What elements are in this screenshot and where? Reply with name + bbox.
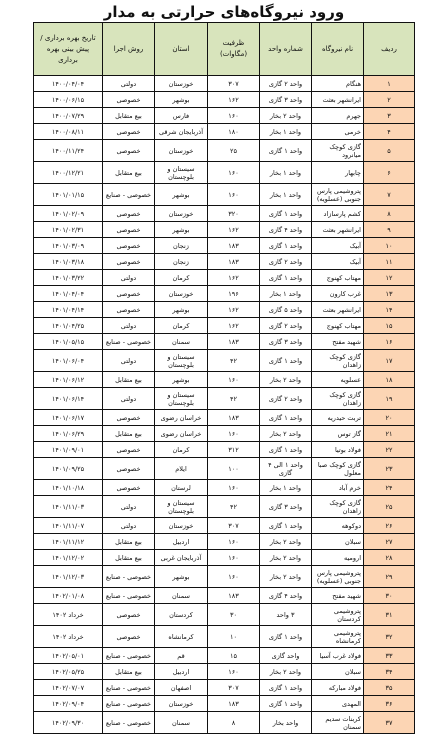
cell-unit-number: واحد ۱ گازی (260, 270, 312, 286)
cell-province: بوشهر (155, 372, 208, 388)
cell-method: خصوصی (103, 206, 155, 222)
cell-province: سیستان و بلوچستان (155, 350, 208, 372)
cell-capacity: ۱۶۰ (208, 550, 260, 566)
table-row: ۵گازی کوچک میانرودواحد ۱ گازی۲۵خوزستانخص… (34, 140, 415, 162)
cell-unit-number: واحد ۳ گازی (260, 92, 312, 108)
cell-province: زنجان (155, 254, 208, 270)
cell-province: بوشهر (155, 302, 208, 318)
cell-method: خصوصی (103, 626, 155, 648)
cell-row-number: ۲۱ (364, 426, 415, 442)
cell-method: بیع متقابل (103, 372, 155, 388)
header-unit-number: شماره واحد (260, 23, 312, 76)
cell-method: خصوصی - صنایع (103, 566, 155, 588)
cell-date: ۱۴۰۱/۱۲/۰۳ (34, 566, 103, 588)
cell-row-number: ۲۲ (364, 442, 415, 458)
cell-capacity: ۴۲ (208, 388, 260, 410)
table-row: ۱۵مهتاب کهنوجواحد ۲ گازی۱۶۲کرماندولتی۱۴۰… (34, 318, 415, 334)
cell-unit-number: واحد ۱ گازی (260, 680, 312, 696)
cell-plant-name: پتروشیمی پارس جنوبی (عسلویه) (312, 184, 364, 206)
cell-capacity: ۴۲ (208, 350, 260, 372)
cell-plant-name: پتروشیمی کردستان (312, 604, 364, 626)
cell-capacity: ۱۶۰ (208, 162, 260, 184)
cell-date: خرداد ۱۴۰۲ (34, 604, 103, 626)
cell-method: خصوصی (103, 254, 155, 270)
cell-plant-name: چابهار (312, 162, 364, 184)
table-row: ۳۲پتروشیمی کرمانشاهواحد ۱ گازی۱۰کرمانشاه… (34, 626, 415, 648)
table-row: ۱۴ایرانشهر بعثتواحد ۵ گازی۱۶۲بوشهرخصوصی۱… (34, 302, 415, 318)
cell-capacity: ۱۶۰ (208, 534, 260, 550)
cell-method: خصوصی (103, 410, 155, 426)
cell-province: خوزستان (155, 286, 208, 302)
cell-unit-number: واحد ۱ بخار (260, 124, 312, 140)
cell-unit-number: واحد ۳ گازی (260, 334, 312, 350)
cell-row-number: ۲۰ (364, 410, 415, 426)
cell-capacity: ۳۰۷ (208, 76, 260, 92)
cell-date: ۱۴۰۲/۰۹/۰۴ (34, 696, 103, 712)
cell-date: خرداد ۱۴۰۲ (34, 626, 103, 648)
cell-province: سمنان (155, 712, 208, 734)
table-row: ۲ایرانشهر بعثتواحد ۳ گازی۱۶۲بوشهرخصوصی۱۴… (34, 92, 415, 108)
cell-unit-number: واحد ۱ گازی (260, 238, 312, 254)
cell-date: ۱۴۰۱/۰۶/۱۲ (34, 372, 103, 388)
cell-capacity: ۱۸۳ (208, 696, 260, 712)
cell-province: فارس (155, 108, 208, 124)
cell-unit-number: واحد ۲ بخار (260, 566, 312, 588)
cell-row-number: ۳۴ (364, 664, 415, 680)
cell-plant-name: پتروشیمی پارس جنوبی (عسلویه) (312, 566, 364, 588)
cell-row-number: ۷ (364, 184, 415, 206)
cell-capacity: ۱۰۰ (208, 458, 260, 480)
cell-plant-name: کشم پارسا‌زاد (312, 206, 364, 222)
power-plants-table: ردیف نام نیروگاه شماره واحد ظرفیت (مگاوا… (33, 22, 415, 734)
cell-plant-name: خرم آباد (312, 480, 364, 496)
cell-unit-number: واحد ۴ گازی (260, 588, 312, 604)
cell-province: سیستان و بلوچستان (155, 162, 208, 184)
cell-capacity: ۳۰۷ (208, 680, 260, 696)
cell-province: سیستان و بلوچستان (155, 496, 208, 518)
cell-method: بیع متقابل (103, 550, 155, 566)
cell-date: ۱۴۰۱/۰۱/۱۵ (34, 184, 103, 206)
cell-unit-number: واحد ۲ بخار (260, 108, 312, 124)
table-row: ۲۱گاز توسواحد ۲ بخار۱۶۰خراسان رضویبیع مت… (34, 426, 415, 442)
cell-capacity: ۱۶۲ (208, 318, 260, 334)
cell-method: دولتی (103, 318, 155, 334)
cell-plant-name: خرمی (312, 124, 364, 140)
table-row: ۱۸عسلویهواحد ۲ بخار۱۶۰بوشهربیع متقابل۱۴۰… (34, 372, 415, 388)
cell-capacity: ۳۰۷ (208, 518, 260, 534)
table-row: ۲۴خرم آبادواحد ۱ بخار۱۶۰لرستانخصوصی۱۴۰۱/… (34, 480, 415, 496)
cell-date: ۱۴۰۰/۰۷/۲۹ (34, 108, 103, 124)
cell-unit-number: واحد ۲ گازی (260, 318, 312, 334)
cell-row-number: ۱ (364, 76, 415, 92)
table-row: ۲۶دوکوههواحد ۱ گازی۳۰۷خوزستاندولتی۱۴۰۱/۱… (34, 518, 415, 534)
cell-capacity: ۱۶۰ (208, 184, 260, 206)
cell-row-number: ۸ (364, 206, 415, 222)
cell-plant-name: عسلویه (312, 372, 364, 388)
cell-province: زنجان (155, 238, 208, 254)
cell-row-number: ۱۱ (364, 254, 415, 270)
cell-row-number: ۱۷ (364, 350, 415, 372)
cell-unit-number: واحد گازی (260, 648, 312, 664)
cell-plant-name: فولاد بوتیا (312, 442, 364, 458)
cell-capacity: ۴۲ (208, 496, 260, 518)
cell-province: آذربایجان غربی (155, 550, 208, 566)
cell-row-number: ۱۶ (364, 334, 415, 350)
cell-province: خوزستان (155, 518, 208, 534)
cell-row-number: ۲۵ (364, 496, 415, 518)
cell-date: ۱۴۰۰/۰۸/۱۱ (34, 124, 103, 140)
cell-date: ۱۴۰۲/۰۹/۳۰ (34, 712, 103, 734)
header-plant-name: نام نیروگاه (312, 23, 364, 76)
cell-date: ۱۴۰۱/۰۶/۱۷ (34, 410, 103, 426)
cell-plant-name: تربت حیدریه (312, 410, 364, 426)
table-row: ۲۸ارومیهواحد ۲ بخار۱۶۰آذربایجان غربیبیع … (34, 550, 415, 566)
cell-method: خصوصی (103, 302, 155, 318)
cell-plant-name: گازی کوچک میانرود (312, 140, 364, 162)
cell-row-number: ۳۵ (364, 680, 415, 696)
cell-unit-number: واحد ۲ بخار (260, 550, 312, 566)
table-row: ۳۰شهید مفتحواحد ۴ گازی۱۸۳سمنانخصوصی - صن… (34, 588, 415, 604)
table-row: ۱۶شهید مفتحواحد ۳ گازی۱۸۳سمنانخصوصی - صن… (34, 334, 415, 350)
cell-province: اردبیل (155, 534, 208, 550)
header-capacity: ظرفیت (مگاوات) (208, 23, 260, 76)
cell-capacity: ۱۶۰ (208, 480, 260, 496)
cell-date: ۱۴۰۱/۰۹/۰۱ (34, 442, 103, 458)
cell-plant-name: گازی کوچک زاهدان (312, 388, 364, 410)
cell-capacity: ۱۸۳ (208, 334, 260, 350)
table-row: ۳۱پتروشیمی کردستان۳ واحد۳۰کردستانخصوصیخر… (34, 604, 415, 626)
cell-province: سمنان (155, 588, 208, 604)
cell-unit-number: واحد ۲ بخار (260, 372, 312, 388)
cell-date: ۱۴۰۱/۱۰/۱۸ (34, 480, 103, 496)
cell-capacity: ۱۸۳ (208, 254, 260, 270)
cell-plant-name: شهید مفتح (312, 334, 364, 350)
cell-date: ۱۴۰۱/۱۱/۰۷ (34, 518, 103, 534)
cell-unit-number: واحد ۱ گازی (260, 518, 312, 534)
table-row: ۳۷کربنات سدیم سمنانواحد بخار۸سمنانخصوصی … (34, 712, 415, 734)
cell-unit-number: واحد ۱ گازی (260, 350, 312, 372)
cell-plant-name: پتروشیمی کرمانشاه (312, 626, 364, 648)
cell-plant-name: ارومیه (312, 550, 364, 566)
cell-method: خصوصی (103, 124, 155, 140)
cell-row-number: ۲۹ (364, 566, 415, 588)
cell-capacity: ۱۶۲ (208, 222, 260, 238)
cell-method: خصوصی (103, 286, 155, 302)
cell-province: سیستان و بلوچستان (155, 388, 208, 410)
cell-province: بوشهر (155, 222, 208, 238)
cell-plant-name: المهدی (312, 696, 364, 712)
cell-method: خصوصی (103, 604, 155, 626)
cell-province: خوزستان (155, 206, 208, 222)
header-province: استان (155, 23, 208, 76)
table-row: ۴خرمیواحد ۱ بخار۱۸۰آذربایجان شرقیخصوصی۱۴… (34, 124, 415, 140)
cell-unit-number: واحد ۲ بخار (260, 426, 312, 442)
cell-date: ۱۴۰۱/۰۳/۱۸ (34, 254, 103, 270)
cell-row-number: ۱۸ (364, 372, 415, 388)
cell-row-number: ۱۳ (364, 286, 415, 302)
cell-province: خوزستان (155, 76, 208, 92)
cell-province: سمنان (155, 334, 208, 350)
cell-unit-number: واحد ۱ بخار (260, 480, 312, 496)
table-row: ۱۷گازی کوچک زاهدانواحد ۱ گازی۴۲سیستان و … (34, 350, 415, 372)
cell-method: بیع متقابل (103, 108, 155, 124)
cell-date: ۱۴۰۱/۰۶/۰۴ (34, 350, 103, 372)
cell-method: خصوصی (103, 480, 155, 496)
cell-method: خصوصی - صنایع (103, 680, 155, 696)
cell-row-number: ۹ (364, 222, 415, 238)
cell-date: ۱۴۰۱/۰۶/۲۹ (34, 426, 103, 442)
cell-plant-name: کربنات سدیم سمنان (312, 712, 364, 734)
cell-unit-number: واحد ۱ بخار (260, 162, 312, 184)
cell-capacity: ۱۸۳ (208, 588, 260, 604)
cell-capacity: ۳۱۲ (208, 442, 260, 458)
cell-date: ۱۴۰۱/۱۱/۱۲ (34, 534, 103, 550)
cell-unit-number: واحد ۱ گازی (260, 626, 312, 648)
cell-date: ۱۴۰۲/۰۱/۰۸ (34, 588, 103, 604)
cell-plant-name: ایرانشهر بعثت (312, 92, 364, 108)
cell-row-number: ۲۳ (364, 458, 415, 480)
cell-method: خصوصی (103, 92, 155, 108)
cell-unit-number: واحد ۱ بخار (260, 184, 312, 206)
cell-province: خوزستان (155, 140, 208, 162)
cell-method: خصوصی - صنایع (103, 648, 155, 664)
cell-method: خصوصی (103, 238, 155, 254)
table-row: ۱۲مهتاب کهنوجواحد ۱ گازی۱۶۲کرماندولتی۱۴۰… (34, 270, 415, 286)
cell-date: ۱۴۰۰/۰۴/۰۴ (34, 76, 103, 92)
cell-date: ۱۴۰۱/۱۲/۰۲ (34, 550, 103, 566)
cell-province: بوشهر (155, 566, 208, 588)
cell-capacity: ۱۶۰ (208, 566, 260, 588)
cell-capacity: ۱۶۲ (208, 270, 260, 286)
cell-unit-number: واحد ۲ بخار (260, 664, 312, 680)
cell-date: ۱۴۰۱/۰۴/۱۴ (34, 302, 103, 318)
cell-plant-name: آبیک (312, 238, 364, 254)
cell-method: خصوصی - صنایع (103, 588, 155, 604)
cell-capacity: ۳۲۰ (208, 206, 260, 222)
cell-plant-name: مهتاب کهنوج (312, 318, 364, 334)
cell-province: خراسان رضوی (155, 426, 208, 442)
cell-row-number: ۲۴ (364, 480, 415, 496)
cell-capacity: ۱۶۲ (208, 92, 260, 108)
cell-method: دولتی (103, 270, 155, 286)
cell-row-number: ۲۸ (364, 550, 415, 566)
cell-plant-name: گاز توس (312, 426, 364, 442)
cell-row-number: ۲۷ (364, 534, 415, 550)
cell-province: بوشهر (155, 184, 208, 206)
cell-capacity: ۱۸۳ (208, 238, 260, 254)
cell-date: ۱۴۰۱/۰۴/۰۴ (34, 286, 103, 302)
cell-province: خوزستان (155, 696, 208, 712)
cell-capacity: ۳۰ (208, 604, 260, 626)
cell-unit-number: واحد ۴ گازی (260, 222, 312, 238)
cell-plant-name: فولاد غرب آسیا (312, 648, 364, 664)
cell-row-number: ۲۶ (364, 518, 415, 534)
cell-unit-number: واحد ۲ گازی (260, 388, 312, 410)
cell-date: ۱۴۰۲/۰۷/۰۷ (34, 680, 103, 696)
cell-unit-number: واحد ۲ گازی (260, 76, 312, 92)
cell-plant-name: گازی کوچک زاهدان (312, 350, 364, 372)
cell-row-number: ۱۹ (364, 388, 415, 410)
cell-date: ۱۴۰۱/۰۳/۲۲ (34, 270, 103, 286)
table-row: ۳۳فولاد غرب آسیاواحد گازی۱۵قمخصوصی - صنا… (34, 648, 415, 664)
cell-row-number: ۳ (364, 108, 415, 124)
cell-unit-number: واحد ۲ گازی (260, 254, 312, 270)
table-row: ۱۹گازی کوچک زاهدانواحد ۲ گازی۴۲سیستان و … (34, 388, 415, 410)
cell-plant-name: گازی کوچک زاهدان (312, 496, 364, 518)
cell-capacity: ۱۸۳ (208, 410, 260, 426)
cell-date: ۱۴۰۰/۱۱/۲۴ (34, 140, 103, 162)
cell-row-number: ۱۵ (364, 318, 415, 334)
cell-row-number: ۳۶ (364, 696, 415, 712)
cell-method: دولتی (103, 496, 155, 518)
cell-method: دولتی (103, 388, 155, 410)
cell-row-number: ۴ (364, 124, 415, 140)
cell-unit-number: واحد بخار (260, 712, 312, 734)
table-row: ۷پتروشیمی پارس جنوبی (عسلویه)واحد ۱ بخار… (34, 184, 415, 206)
cell-method: بیع متقابل (103, 426, 155, 442)
cell-plant-name: غرب کارون (312, 286, 364, 302)
cell-province: قم (155, 648, 208, 664)
cell-province: بوشهر (155, 92, 208, 108)
cell-unit-number: واحد ۱ گازی (260, 206, 312, 222)
cell-method: خصوصی - صنایع (103, 334, 155, 350)
cell-date: ۱۴۰۱/۱۱/۰۳ (34, 496, 103, 518)
cell-method: خصوصی (103, 442, 155, 458)
cell-row-number: ۳۷ (364, 712, 415, 734)
cell-province: کرمان (155, 270, 208, 286)
cell-capacity: ۱۶۲ (208, 302, 260, 318)
cell-plant-name: فولاد مبارکه (312, 680, 364, 696)
cell-date: ۱۴۰۱/۰۶/۱۴ (34, 388, 103, 410)
cell-province: اردبیل (155, 664, 208, 680)
cell-unit-number: ۳ واحد (260, 604, 312, 626)
table-row: ۲۳گازی کوچک صبا معلولواحد ۱ الی ۴ گازی۱۰… (34, 458, 415, 480)
cell-date: ۱۴۰۱/۰۹/۲۵ (34, 458, 103, 480)
cell-plant-name: شهید مفتح (312, 588, 364, 604)
table-row: ۸کشم پارسا‌زادواحد ۱ گازی۳۲۰خوزستانخصوصی… (34, 206, 415, 222)
table-row: ۲۰تربت حیدریهواحد ۱ گازی۱۸۳خراسان رضویخص… (34, 410, 415, 426)
cell-method: بیع متقابل (103, 664, 155, 680)
cell-capacity: ۸ (208, 712, 260, 734)
cell-capacity: ۱۰ (208, 626, 260, 648)
cell-province: کرمان (155, 318, 208, 334)
cell-plant-name: ایرانشهر بعثت (312, 302, 364, 318)
table-row: ۱۱آبیکواحد ۲ گازی۱۸۳زنجانخصوصی۱۴۰۱/۰۳/۱۸ (34, 254, 415, 270)
cell-row-number: ۱۲ (364, 270, 415, 286)
cell-unit-number: واحد ۳ گازی (260, 496, 312, 518)
cell-date: ۱۴۰۱/۰۲/۰۹ (34, 206, 103, 222)
cell-capacity: ۱۶۰ (208, 108, 260, 124)
cell-date: ۱۴۰۰/۱۲/۲۱ (34, 162, 103, 184)
table-row: ۲۷سبلانواحد ۲ بخار۱۶۰اردبیلبیع متقابل۱۴۰… (34, 534, 415, 550)
table-row: ۶چابهارواحد ۱ بخار۱۶۰سیستان و بلوچستانبی… (34, 162, 415, 184)
cell-date: ۱۴۰۱/۰۴/۲۵ (34, 318, 103, 334)
cell-date: ۱۴۰۰/۰۶/۱۵ (34, 92, 103, 108)
cell-plant-name: دوکوهه (312, 518, 364, 534)
cell-date: ۱۴۰۱/۰۵/۱۵ (34, 334, 103, 350)
cell-method: دولتی (103, 518, 155, 534)
cell-method: بیع متقابل (103, 162, 155, 184)
cell-method: خصوصی - صنایع (103, 712, 155, 734)
cell-method: خصوصی (103, 458, 155, 480)
table-row: ۲۲فولاد بوتیاواحد ۱ گازی۳۱۲کرمانخصوصی۱۴۰… (34, 442, 415, 458)
cell-row-number: ۳۲ (364, 626, 415, 648)
cell-unit-number: واحد ۲ بخار (260, 534, 312, 550)
cell-unit-number: واحد ۱ گازی (260, 696, 312, 712)
cell-method: دولتی (103, 76, 155, 92)
cell-unit-number: واحد ۱ گازی (260, 410, 312, 426)
cell-unit-number: واحد ۵ گازی (260, 302, 312, 318)
cell-unit-number: واحد ۱ الی ۴ گازی (260, 458, 312, 480)
cell-province: خراسان رضوی (155, 410, 208, 426)
cell-plant-name: گازی کوچک صبا معلول (312, 458, 364, 480)
cell-row-number: ۳۰ (364, 588, 415, 604)
cell-row-number: ۳۳ (364, 648, 415, 664)
cell-row-number: ۲ (364, 92, 415, 108)
cell-date: ۱۴۰۱/۰۲/۳۱ (34, 222, 103, 238)
table-row: ۱هنگامواحد ۲ گازی۳۰۷خوزستاندولتی۱۴۰۰/۰۴/… (34, 76, 415, 92)
cell-row-number: ۱۴ (364, 302, 415, 318)
cell-plant-name: سبلان (312, 534, 364, 550)
cell-province: کردستان (155, 604, 208, 626)
cell-unit-number: واحد ۱ گازی (260, 442, 312, 458)
cell-plant-name: هنگام (312, 76, 364, 92)
cell-plant-name: جهرم (312, 108, 364, 124)
cell-capacity: ۱۸۰ (208, 124, 260, 140)
cell-method: خصوصی - صنایع (103, 696, 155, 712)
header-date: تاریخ بهره برداری /پیش بینی بهره برداری (34, 23, 103, 76)
table-row: ۱۰آبیکواحد ۱ گازی۱۸۳زنجانخصوصی۱۴۰۱/۰۳/۰۹ (34, 238, 415, 254)
cell-capacity: ۱۶۰ (208, 372, 260, 388)
cell-province: کرمان (155, 442, 208, 458)
cell-date: ۱۴۰۱/۰۳/۰۹ (34, 238, 103, 254)
cell-row-number: ۳۱ (364, 604, 415, 626)
cell-plant-name: مهتاب کهنوج (312, 270, 364, 286)
cell-province: اصفهان (155, 680, 208, 696)
cell-province: لرستان (155, 480, 208, 496)
table-row: ۳جهرمواحد ۲ بخار۱۶۰فارسبیع متقابل۱۴۰۰/۰۷… (34, 108, 415, 124)
cell-province: آذربایجان شرقی (155, 124, 208, 140)
cell-date: ۱۴۰۲/۰۵/۲۵ (34, 664, 103, 680)
table-row: ۲۵گازی کوچک زاهدانواحد ۳ گازی۴۲سیستان و … (34, 496, 415, 518)
cell-capacity: ۱۶۰ (208, 664, 260, 680)
cell-capacity: ۲۵ (208, 140, 260, 162)
cell-plant-name: ایرانشهر بعثت (312, 222, 364, 238)
table-body: ۱هنگامواحد ۲ گازی۳۰۷خوزستاندولتی۱۴۰۰/۰۴/… (34, 76, 415, 734)
cell-province: کرمانشاه (155, 626, 208, 648)
cell-method: خصوصی (103, 222, 155, 238)
table-row: ۳۵فولاد مبارکهواحد ۱ گازی۳۰۷اصفهانخصوصی … (34, 680, 415, 696)
table-header-row: ردیف نام نیروگاه شماره واحد ظرفیت (مگاوا… (34, 23, 415, 76)
cell-method: بیع متقابل (103, 534, 155, 550)
cell-method: خصوصی (103, 140, 155, 162)
cell-plant-name: سبلان (312, 664, 364, 680)
cell-capacity: ۱۶۰ (208, 426, 260, 442)
header-method: روش اجرا (103, 23, 155, 76)
table-row: ۳۴سبلانواحد ۲ بخار۱۶۰اردبیلبیع متقابل۱۴۰… (34, 664, 415, 680)
cell-province: ایلام (155, 458, 208, 480)
cell-unit-number: واحد ۱ بخار (260, 286, 312, 302)
cell-date: ۱۴۰۲/۰۵/۰۱ (34, 648, 103, 664)
header-row-number: ردیف (364, 23, 415, 76)
cell-row-number: ۵ (364, 140, 415, 162)
table-row: ۹ایرانشهر بعثتواحد ۴ گازی۱۶۲بوشهرخصوصی۱۴… (34, 222, 415, 238)
cell-method: دولتی (103, 350, 155, 372)
cell-row-number: ۱۰ (364, 238, 415, 254)
cell-method: خصوصی - صنایع (103, 184, 155, 206)
cell-capacity: ۱۵ (208, 648, 260, 664)
table-row: ۲۹پتروشیمی پارس جنوبی (عسلویه)واحد ۲ بخا… (34, 566, 415, 588)
